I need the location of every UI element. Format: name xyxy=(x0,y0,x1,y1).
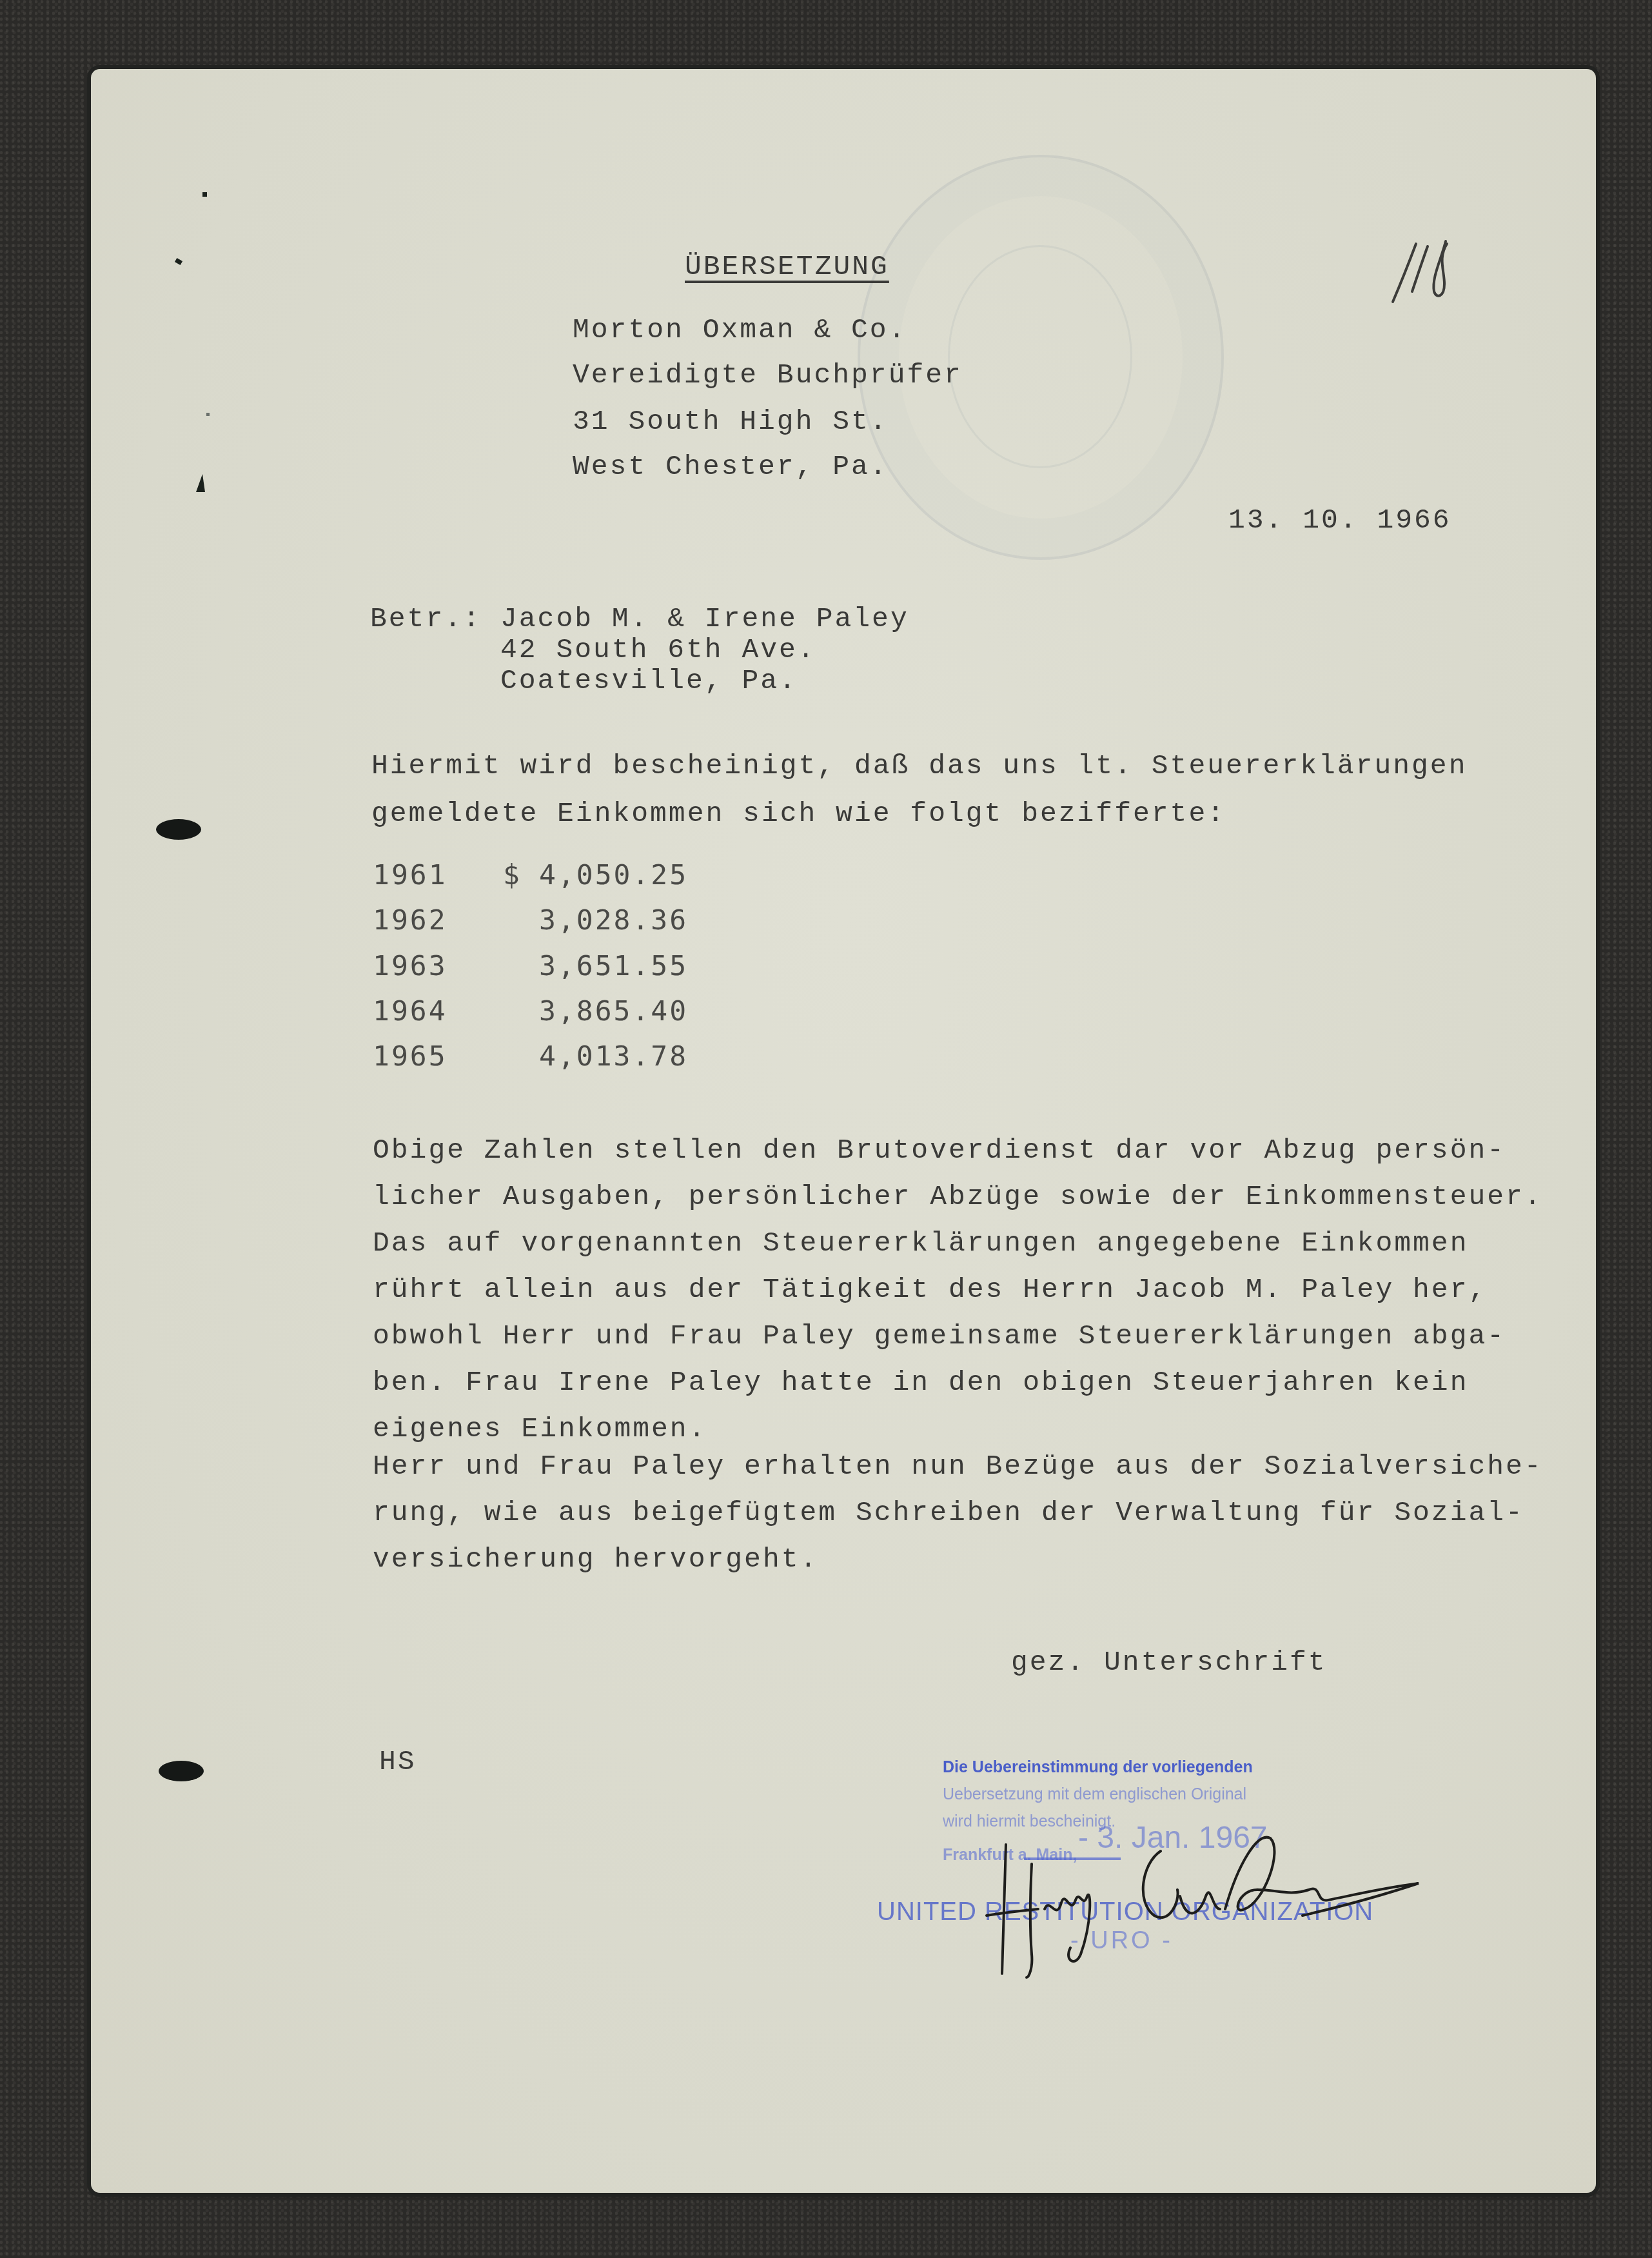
body-line: obwohl Herr und Frau Paley gemeinsame St… xyxy=(373,1322,1506,1350)
income-year: 1962 xyxy=(373,907,447,935)
body-line: versicherung hervorgeht. xyxy=(373,1545,818,1573)
typist-initials: HS xyxy=(379,1748,417,1776)
currency-symbol: $ xyxy=(503,862,522,889)
body-line: licher Ausgaben, persönlicher Abzüge sow… xyxy=(373,1183,1543,1211)
income-year: 1961 xyxy=(373,862,447,889)
subject-line: Coatesville, Pa. xyxy=(500,667,798,695)
body-line: ben. Frau Irene Paley hatte in den obige… xyxy=(373,1369,1468,1396)
sender-line: Morton Oxman & Co. xyxy=(573,316,907,344)
body-line: rührt allein aus der Tätigkeit des Herrn… xyxy=(373,1276,1487,1303)
body-line: Das auf vorgenannten Steuererklärungen a… xyxy=(373,1229,1468,1257)
signature-note: gez. Unterschrift xyxy=(1011,1649,1327,1676)
watermark-seal-inner xyxy=(948,245,1132,468)
income-year: 1965 xyxy=(373,1043,447,1071)
stamp-line: Uebersetzung mit dem englischen Original xyxy=(943,1787,1246,1803)
income-year: 1964 xyxy=(373,998,447,1025)
subject-line: Jacob M. & Irene Paley xyxy=(500,605,909,633)
subject-label: Betr.: xyxy=(370,605,482,633)
income-amount: 3,028.36 xyxy=(539,907,688,935)
body-line: eigenes Einkommen. xyxy=(373,1415,707,1443)
paper-speck xyxy=(196,474,205,492)
subject-line: 42 South 6th Ave. xyxy=(500,636,816,664)
sender-line: 31 South High St. xyxy=(573,408,889,435)
sender-line: Vereidigte Buchprüfer xyxy=(573,361,963,389)
income-amount: 4,050.25 xyxy=(539,862,688,889)
handwritten-page-number xyxy=(1386,232,1464,310)
intro-line: Hiermit wird bescheinigt, daß das uns lt… xyxy=(371,752,1467,780)
body-line: Obige Zahlen stellen den Brutoverdienst … xyxy=(373,1136,1506,1164)
income-amount: 4,013.78 xyxy=(539,1043,688,1071)
punch-hole-top xyxy=(156,819,201,840)
paper-speck xyxy=(202,192,207,197)
punch-hole-bottom xyxy=(159,1761,204,1781)
stamp-line: Die Uebereinstimmung der vorliegenden xyxy=(943,1759,1253,1776)
handwritten-signature xyxy=(967,1825,1496,1980)
paper-speck xyxy=(206,413,210,416)
income-amount: 3,865.40 xyxy=(539,998,688,1025)
body-line: Herr und Frau Paley erhalten nun Bezüge … xyxy=(373,1452,1543,1480)
income-year: 1963 xyxy=(373,953,447,980)
body-line: rung, wie aus beigefügtem Schreiben der … xyxy=(373,1499,1524,1527)
sender-line: West Chester, Pa. xyxy=(573,453,889,480)
intro-line: gemeldete Einkommen sich wie folgt bezif… xyxy=(371,800,1226,827)
document-date: 13. 10. 1966 xyxy=(1228,506,1451,534)
document-title: ÜBERSETZUNG xyxy=(685,253,889,281)
income-amount: 3,651.55 xyxy=(539,953,688,980)
